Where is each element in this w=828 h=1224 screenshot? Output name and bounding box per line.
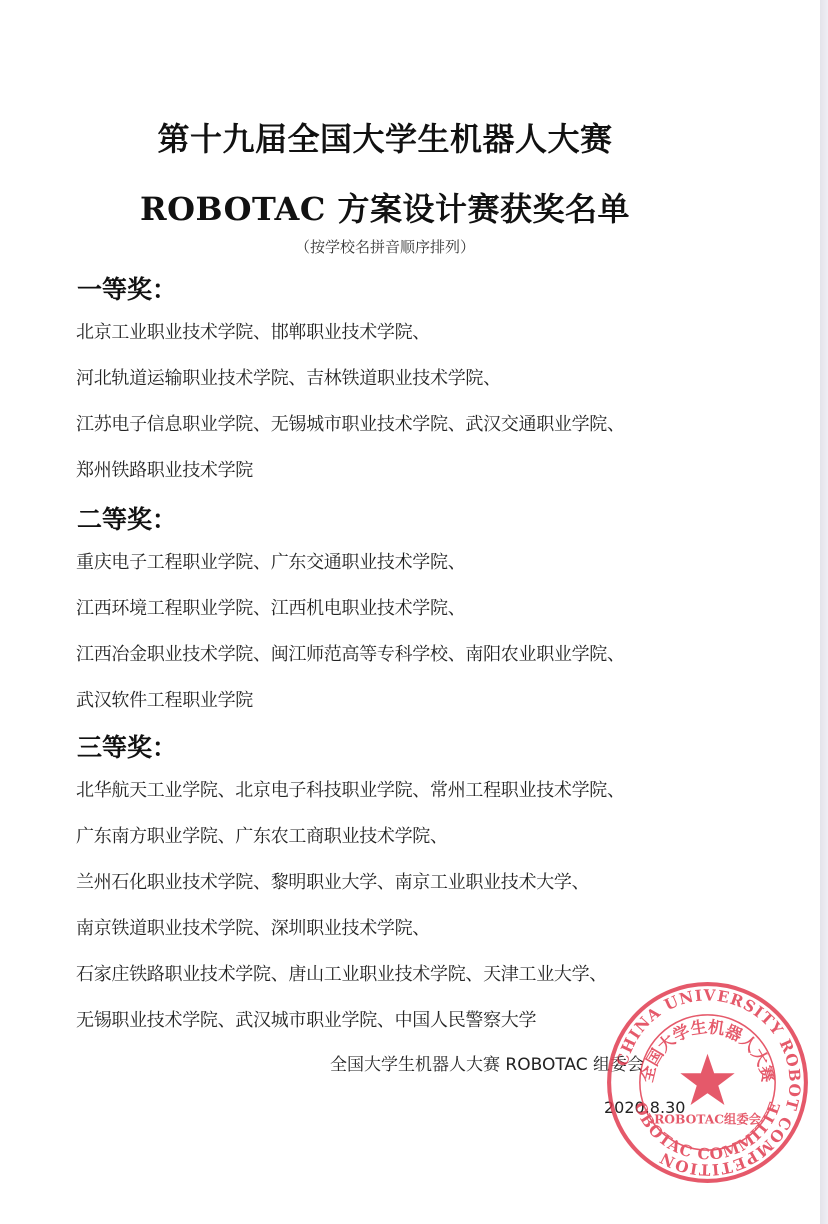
date: 2020.8.30 (604, 1098, 685, 1117)
list-item: 江西环境工程职业学院、江西机电职业技术学院、 (76, 594, 465, 620)
list-item: 郑州铁路职业技术学院 (76, 456, 253, 482)
list-item: 武汉软件工程职业学院 (76, 686, 253, 712)
svg-text:全国大学生机器人大赛: 全国大学生机器人大赛 (637, 1017, 778, 1085)
page-edge (820, 0, 828, 1224)
list-item: 北华航天工业学院、北京电子科技职业学院、常州工程职业技术学院、 (76, 776, 625, 802)
list-item: 重庆电子工程职业学院、广东交通职业技术学院、 (76, 548, 465, 574)
seal-inner-text: 全国大学生机器人大赛 (637, 1017, 778, 1085)
seal-outer-text: CHINA UNIVERSITY ROBOT COMPETITION (613, 986, 804, 1178)
list-item: 石家庄铁路职业技术学院、唐山工业职业技术学院、天津工业大学、 (76, 960, 607, 986)
star-icon (680, 1054, 734, 1105)
section-heading-third-prize: 三等奖： (77, 728, 177, 764)
list-item: 河北轨道运输职业技术学院、吉林铁道职业技术学院、 (76, 364, 501, 390)
document-title-line-2: ROBOTAC 方案设计赛获奖名单 (0, 184, 770, 230)
section-heading-second-prize: 二等奖： (77, 500, 177, 536)
section-heading-first-prize: 一等奖： (77, 270, 177, 306)
document-page: 第十九届全国大学生机器人大赛 ROBOTAC 方案设计赛获奖名单 （按学校名拼音… (0, 0, 820, 1224)
signature: 全国大学生机器人大赛 ROBOTAC 组委会 (330, 1050, 644, 1075)
document-title-line-1: 第十九届全国大学生机器人大赛 (0, 114, 770, 160)
list-item: 南京铁道职业技术学院、深圳职业技术学院、 (76, 914, 430, 940)
list-item: 北京工业职业技术学院、邯郸职业技术学院、 (76, 318, 430, 344)
list-item: 江西冶金职业技术学院、闽江师范高等专科学校、南阳农业职业学院、 (76, 640, 625, 666)
list-item: 无锡职业技术学院、武汉城市职业学院、中国人民警察大学 (76, 1006, 536, 1032)
document-subtitle: （按学校名拼音顺序排列） (0, 236, 770, 257)
official-seal-icon: CHINA UNIVERSITY ROBOT COMPETITION ROBOT… (605, 980, 810, 1185)
list-item: 兰州石化职业技术学院、黎明职业大学、南京工业职业技术大学、 (76, 868, 589, 894)
list-item: 广东南方职业学院、广东农工商职业技术学院、 (76, 822, 448, 848)
svg-text:CHINA UNIVERSITY ROBOT COMPETI: CHINA UNIVERSITY ROBOT COMPETITION (613, 986, 804, 1178)
list-item: 江苏电子信息职业学院、无锡城市职业技术学院、武汉交通职业学院、 (76, 410, 625, 436)
